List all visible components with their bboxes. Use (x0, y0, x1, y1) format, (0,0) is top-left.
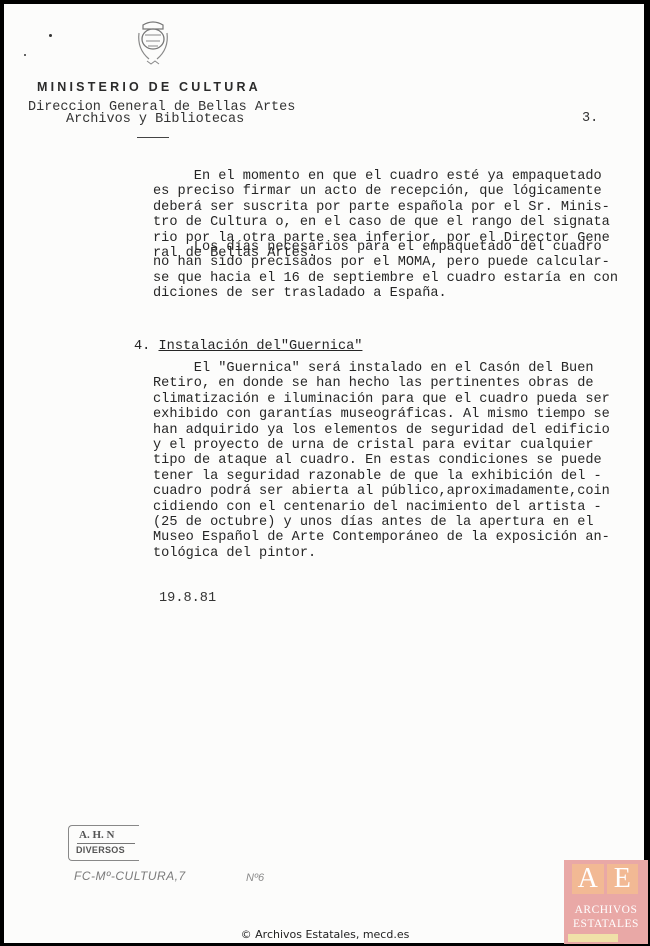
logo-letters: A E (572, 864, 638, 894)
section-number: 4. (134, 339, 150, 354)
header-divider (137, 137, 169, 138)
handwritten-reference: FC-Mº-CULTURA,7 (74, 869, 186, 883)
coat-of-arms-icon (135, 19, 171, 67)
stamp-archive-name: A. H. N (79, 829, 114, 841)
page-number: 3. (582, 111, 598, 126)
section-title: Instalación del"Guernica" (159, 339, 363, 354)
ministry-name: MINISTERIO DE CULTURA (37, 80, 261, 94)
section-heading: 4. Instalación del"Guernica" (134, 339, 362, 354)
logo-letter-a: A (572, 864, 604, 894)
handwritten-number: Nº6 (246, 872, 264, 884)
logo-text-line1: ARCHIVOS (564, 904, 648, 916)
paragraph-installation: El "Guernica" será instalado en el Casón… (153, 361, 613, 561)
department-line-2: Archivos y Bibliotecas (66, 112, 244, 127)
document-page: MINISTERIO DE CULTURA Direccion General … (4, 4, 644, 943)
ink-speck (24, 54, 26, 56)
stamp-collection: DIVERSOS (76, 845, 125, 855)
stamp-divider (77, 843, 135, 844)
archive-stamp: A. H. N DIVERSOS (68, 825, 139, 861)
paragraph-packing-days: Los días necesarios para el empaquetado … (153, 240, 613, 302)
document-date: 19.8.81 (159, 591, 216, 606)
logo-letter-e: E (607, 864, 639, 894)
ink-speck (49, 34, 52, 37)
copyright-footer: © Archivos Estatales, mecd.es (0, 928, 650, 941)
